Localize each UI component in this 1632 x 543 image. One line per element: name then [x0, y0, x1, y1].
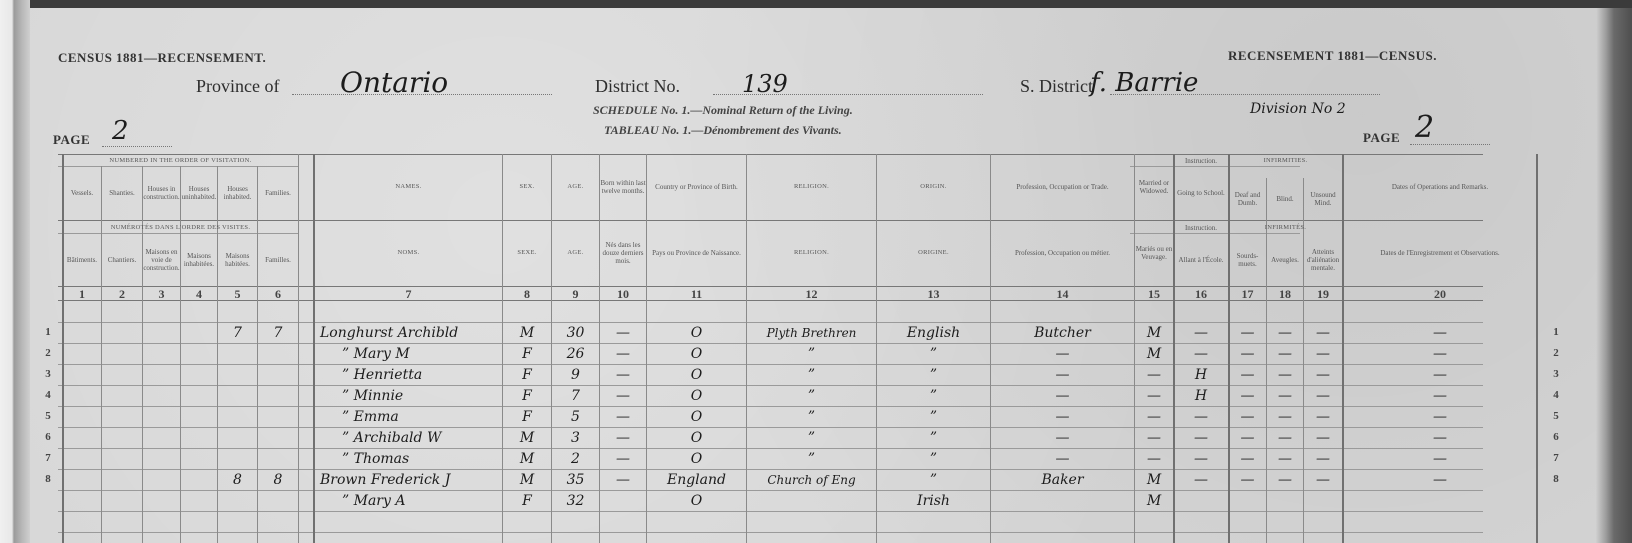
- subdistrict-value: f. Barrie: [1090, 68, 1198, 98]
- column-number: 1: [63, 287, 101, 302]
- col-header-fr: Maisons en voie de construction.: [143, 233, 180, 286]
- cell-occupation: Baker: [991, 469, 1134, 490]
- cell-married: M: [1135, 490, 1173, 511]
- cell-deaf: —: [1229, 469, 1266, 490]
- col-header-fr: Allant à l'École.: [1174, 233, 1228, 286]
- schedule-title-en: SCHEDULE No. 1.—Nominal Return of the Li…: [593, 103, 853, 118]
- col-header-en: Houses in construction.: [143, 166, 180, 220]
- col-header-en: Vessels.: [63, 166, 101, 220]
- col-header-en: AGE.: [552, 154, 599, 220]
- cell-origin: ”: [877, 385, 990, 406]
- col-header-en: Profession, Occupation or Trade.: [991, 154, 1134, 220]
- cell-school: —: [1174, 448, 1228, 469]
- col-header-en: Unsound Mind.: [1304, 178, 1342, 220]
- cell-origin: ”: [877, 343, 990, 364]
- col-header-fr: Profession, Occupation ou métier.: [991, 220, 1134, 286]
- line-number-left: 7: [40, 452, 56, 464]
- line-number-right: 5: [1548, 410, 1564, 422]
- cell-families: 7: [258, 322, 298, 343]
- cell-married: —: [1135, 364, 1173, 385]
- cell-birthplace: O: [647, 364, 746, 385]
- cell-occupation: —: [991, 448, 1134, 469]
- cell-school: H: [1174, 364, 1228, 385]
- cell-unsound: —: [1304, 448, 1342, 469]
- schedule-title-fr: TABLEAU No. 1.—Dénombrement des Vivants.: [604, 123, 842, 138]
- cell-school: —: [1174, 322, 1228, 343]
- line-number-left: 5: [40, 410, 56, 422]
- cell-remarks: —: [1344, 322, 1536, 343]
- col-header-en: SEX.: [503, 154, 551, 220]
- cell-birthplace: O: [647, 490, 746, 511]
- col-header-en: ORIGIN.: [877, 154, 990, 220]
- cell-unsound: —: [1304, 385, 1342, 406]
- cell-blind: —: [1267, 427, 1303, 448]
- cell-religion: Church of Eng: [747, 469, 876, 490]
- census-title-right: RECENSEMENT 1881—CENSUS.: [1228, 48, 1437, 64]
- col-header-en: Married or Widowed.: [1135, 154, 1173, 220]
- cell-deaf: —: [1229, 427, 1266, 448]
- col-header-fr: NOMS.: [315, 220, 502, 286]
- cell-birthplace: O: [647, 322, 746, 343]
- col-header-en: Families.: [258, 166, 298, 220]
- group-header-instruction-fr: Instruction.: [1174, 222, 1228, 233]
- cell-occupation: Butcher: [991, 322, 1134, 343]
- col-header-en: Country or Province of Birth.: [647, 154, 746, 220]
- col-header-en: Houses uninhabited.: [181, 166, 217, 220]
- cell-age: 35: [552, 469, 599, 490]
- cell-age: 32: [552, 490, 599, 511]
- row-rule: [58, 490, 1483, 491]
- cell-occupation: —: [991, 385, 1134, 406]
- cell-sex: F: [503, 343, 551, 364]
- column-number: 11: [647, 287, 746, 302]
- cell-blind: —: [1267, 469, 1303, 490]
- cell-religion: ”: [747, 364, 876, 385]
- cell-age: 2: [552, 448, 599, 469]
- column-number: 6: [258, 287, 298, 302]
- cell-married: —: [1135, 385, 1173, 406]
- column-number: 8: [503, 287, 551, 302]
- line-number-right: 2: [1548, 347, 1564, 359]
- line-number-right: 3: [1548, 368, 1564, 380]
- col-header-en: Going to School.: [1174, 166, 1228, 220]
- cell-remarks: —: [1344, 427, 1536, 448]
- column-number: 2: [102, 287, 142, 302]
- cell-deaf: —: [1229, 406, 1266, 427]
- cell-remarks: —: [1344, 385, 1536, 406]
- cell-name: Longhurst Archibld: [320, 322, 502, 343]
- cell-origin: English: [877, 322, 990, 343]
- line-number-right: 4: [1548, 389, 1564, 401]
- cell-origin: ”: [877, 448, 990, 469]
- cell-married: —: [1135, 427, 1173, 448]
- cell-name: ” Mary M: [320, 343, 502, 364]
- cell-sex: F: [503, 406, 551, 427]
- scan-top-border: [0, 0, 1632, 8]
- cell-religion: ”: [747, 427, 876, 448]
- cell-unsound: —: [1304, 427, 1342, 448]
- census-title-left: CENSUS 1881—RECENSEMENT.: [58, 50, 266, 66]
- column-number: 9: [552, 287, 599, 302]
- page-value-left: 2: [112, 116, 129, 146]
- cell-married: —: [1135, 448, 1173, 469]
- line-number-right: 7: [1548, 452, 1564, 464]
- group-header-infirmities-en: INFIRMITIES.: [1229, 156, 1342, 166]
- cell-occupation: —: [991, 364, 1134, 385]
- page-label-right: PAGE: [1363, 130, 1400, 146]
- cell-remarks: —: [1344, 343, 1536, 364]
- cell-sex: M: [503, 469, 551, 490]
- cell-origin: ”: [877, 406, 990, 427]
- cell-families: 8: [258, 469, 298, 490]
- col-rule: [1536, 154, 1538, 543]
- col-header-en: Shanties.: [102, 166, 142, 220]
- group-header-visitation-fr: NUMÉROTÉS DANS L'ORDRE DES VISITES.: [63, 222, 298, 233]
- cell-religion: Plyth Brethren: [747, 322, 876, 343]
- province-label: Province of: [196, 76, 279, 97]
- cell-sex: F: [503, 364, 551, 385]
- cell-unsound: —: [1304, 343, 1342, 364]
- cell-age: 9: [552, 364, 599, 385]
- cell-born-last-year: —: [600, 322, 646, 343]
- cell-sex: M: [503, 448, 551, 469]
- row-rule: [58, 532, 1483, 533]
- col-header-fr: RELIGION.: [747, 220, 876, 286]
- cell-unsound: —: [1304, 469, 1342, 490]
- cell-birthplace: O: [647, 448, 746, 469]
- col-header-fr: Maisons habitées.: [218, 233, 257, 286]
- cell-school: —: [1174, 343, 1228, 364]
- scan-right-edge: [1596, 8, 1632, 543]
- cell-born-last-year: —: [600, 343, 646, 364]
- column-number: 12: [747, 287, 876, 302]
- cell-born-last-year: —: [600, 469, 646, 490]
- column-number: 10: [600, 287, 646, 302]
- cell-remarks: —: [1344, 406, 1536, 427]
- cell-school: —: [1174, 406, 1228, 427]
- cell-blind: —: [1267, 448, 1303, 469]
- cell-married: M: [1135, 343, 1173, 364]
- line-number-right: 8: [1548, 473, 1564, 485]
- cell-age: 26: [552, 343, 599, 364]
- column-number: 5: [218, 287, 257, 302]
- census-sheet: CENSUS 1881—RECENSEMENT. RECENSEMENT 188…: [30, 8, 1596, 543]
- cell-unsound: —: [1304, 364, 1342, 385]
- cell-religion: ”: [747, 406, 876, 427]
- col-header-en: Born within last twelve months.: [600, 154, 646, 220]
- row-rule: [58, 511, 1483, 512]
- col-header-fr: Pays ou Province de Naissance.: [647, 220, 746, 286]
- cell-sex: M: [503, 322, 551, 343]
- cell-sex: F: [503, 490, 551, 511]
- line-number-left: 3: [40, 368, 56, 380]
- cell-name: ” Emma: [320, 406, 502, 427]
- cell-born-last-year: —: [600, 448, 646, 469]
- column-number: 18: [1267, 287, 1303, 302]
- column-number: 15: [1135, 287, 1173, 302]
- cell-blind: —: [1267, 406, 1303, 427]
- cell-religion: ”: [747, 448, 876, 469]
- cell-birthplace: O: [647, 406, 746, 427]
- cell-religion: ”: [747, 343, 876, 364]
- col-header-fr: SEXE.: [503, 220, 551, 286]
- cell-origin: ”: [877, 469, 990, 490]
- page-line-left: [102, 146, 172, 147]
- cell-school: H: [1174, 385, 1228, 406]
- cell-deaf: —: [1229, 385, 1266, 406]
- cell-occupation: —: [991, 427, 1134, 448]
- subdistrict-label: S. District: [1020, 76, 1093, 97]
- col-header-fr: Chantiers.: [102, 233, 142, 286]
- line-number-right: 1: [1548, 326, 1564, 338]
- cell-origin: Irish: [877, 490, 990, 511]
- column-number: 13: [877, 287, 990, 302]
- cell-deaf: —: [1229, 448, 1266, 469]
- cell-married: M: [1135, 469, 1173, 490]
- col-header-en: Houses inhabited.: [218, 166, 257, 220]
- cell-unsound: —: [1304, 406, 1342, 427]
- scan-left-edge: [0, 0, 30, 543]
- col-header-fr: Sourds-muets.: [1229, 233, 1266, 286]
- cell-name: Brown Frederick J: [320, 469, 502, 490]
- cell-married: —: [1135, 406, 1173, 427]
- group-header-infirmities-fr: INFIRMITÉS.: [1229, 222, 1342, 233]
- cell-name: ” Mary A: [320, 490, 502, 511]
- cell-blind: —: [1267, 364, 1303, 385]
- district-label: District No.: [595, 76, 680, 97]
- group-header-visitation-en: NUMBERED IN THE ORDER OF VISITATION.: [63, 156, 298, 166]
- cell-blind: —: [1267, 322, 1303, 343]
- column-number: 17: [1229, 287, 1266, 302]
- cell-deaf: —: [1229, 322, 1266, 343]
- col-rule: [298, 154, 299, 543]
- line-number-left: 4: [40, 389, 56, 401]
- line-number-left: 1: [40, 326, 56, 338]
- col-header-en: Blind.: [1267, 178, 1303, 220]
- cell-married: M: [1135, 322, 1173, 343]
- cell-name: ” Archibald W: [320, 427, 502, 448]
- page-value-right: 2: [1415, 110, 1434, 145]
- cell-occupation: —: [991, 406, 1134, 427]
- cell-born-last-year: —: [600, 406, 646, 427]
- cell-sex: F: [503, 385, 551, 406]
- column-number: 4: [181, 287, 217, 302]
- cell-age: 7: [552, 385, 599, 406]
- cell-houses-inhabited: 7: [218, 322, 257, 343]
- division-note: Division No 2: [1250, 101, 1346, 117]
- province-value: Ontario: [340, 66, 448, 99]
- line-number-left: 8: [40, 473, 56, 485]
- col-header-fr: ORIGINE.: [877, 220, 990, 286]
- cell-blind: —: [1267, 385, 1303, 406]
- cell-born-last-year: —: [600, 385, 646, 406]
- cell-houses-inhabited: 8: [218, 469, 257, 490]
- col-header-fr: Nés dans les douze derniers mois.: [600, 220, 646, 286]
- cell-religion: ”: [747, 385, 876, 406]
- line-number-left: 6: [40, 431, 56, 443]
- col-header-fr: Aveugles.: [1267, 233, 1303, 286]
- cell-school: —: [1174, 427, 1228, 448]
- cell-deaf: —: [1229, 364, 1266, 385]
- column-number: 20: [1344, 287, 1536, 302]
- cell-born-last-year: —: [600, 427, 646, 448]
- col-header-fr: Dates de l'Enregistrement et Observation…: [1344, 220, 1536, 286]
- line-number-left: 2: [40, 347, 56, 359]
- cell-remarks: —: [1344, 469, 1536, 490]
- group-header-instruction-en: Instruction.: [1174, 156, 1228, 166]
- column-number: 3: [143, 287, 180, 302]
- line-number-right: 6: [1548, 431, 1564, 443]
- district-value: 139: [742, 70, 788, 98]
- col-header-en: Deaf and Dumb.: [1229, 178, 1266, 220]
- cell-name: ” Thomas: [320, 448, 502, 469]
- cell-birthplace: O: [647, 343, 746, 364]
- col-header-fr: Mariés ou en Veuvage.: [1135, 220, 1173, 286]
- cell-birthplace: England: [647, 469, 746, 490]
- cell-origin: ”: [877, 364, 990, 385]
- col-header-fr: Bâtiments.: [63, 233, 101, 286]
- cell-origin: ”: [877, 427, 990, 448]
- cell-age: 30: [552, 322, 599, 343]
- col-header-fr: Familles.: [258, 233, 298, 286]
- cell-age: 5: [552, 406, 599, 427]
- cell-occupation: —: [991, 343, 1134, 364]
- col-header-fr: Atteints d'aliénation mentale.: [1304, 233, 1342, 286]
- column-number: 19: [1304, 287, 1342, 302]
- column-number: 16: [1174, 287, 1228, 302]
- cell-name: ” Minnie: [320, 385, 502, 406]
- cell-age: 3: [552, 427, 599, 448]
- cell-deaf: —: [1229, 343, 1266, 364]
- column-number: 7: [315, 287, 502, 302]
- col-header-en: RELIGION.: [747, 154, 876, 220]
- col-header-en: Dates of Operations and Remarks.: [1344, 154, 1536, 220]
- cell-birthplace: O: [647, 427, 746, 448]
- cell-birthplace: O: [647, 385, 746, 406]
- page-label-left: PAGE: [53, 132, 90, 148]
- col-header-fr: Maisons inhabitées.: [181, 233, 217, 286]
- cell-unsound: —: [1304, 322, 1342, 343]
- col-header-en: NAMES.: [315, 154, 502, 220]
- cell-remarks: —: [1344, 448, 1536, 469]
- cell-remarks: —: [1344, 364, 1536, 385]
- col-header-fr: AGE.: [552, 220, 599, 286]
- cell-blind: —: [1267, 343, 1303, 364]
- cell-sex: M: [503, 427, 551, 448]
- column-number: 14: [991, 287, 1134, 302]
- cell-name: ” Henrietta: [320, 364, 502, 385]
- cell-born-last-year: —: [600, 364, 646, 385]
- cell-school: —: [1174, 469, 1228, 490]
